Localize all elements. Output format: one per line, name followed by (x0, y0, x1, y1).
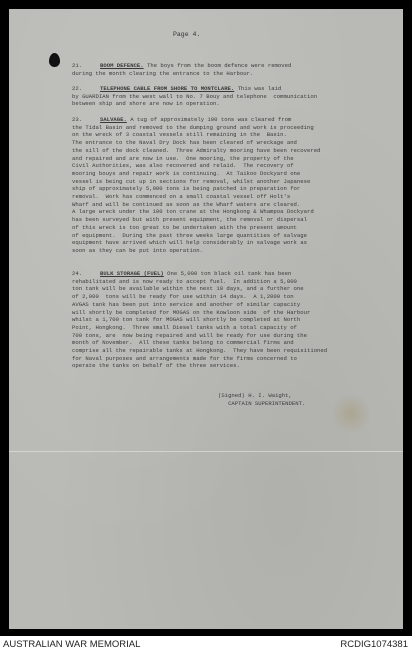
paragraph-number: 22. (72, 85, 100, 93)
paragraph-number: 24. (72, 270, 100, 278)
paragraph-line: for Naval purposes and arrangements made… (72, 355, 297, 362)
paragraph-line: The boys from the boom defence were remo… (144, 62, 292, 69)
paragraph-line: One 5,000 ton black oil tank has been (164, 270, 292, 277)
paragraph-line: removal. Work has commenced on a small c… (72, 193, 290, 200)
paper-fold (9, 451, 403, 452)
paragraph-line: during the month clearing the entrance t… (72, 70, 253, 77)
paper-stain (331, 394, 371, 434)
paragraph-21: 21.BOOM DEFENCE. The boys from the boom … (72, 62, 372, 77)
paragraph-line: soon as they can be put into operation. (72, 247, 203, 254)
paragraph-line: The entrance to the Naval Dry Dock has b… (72, 139, 297, 146)
paragraph-23: 23.SALVAGE. A tug of approximately 100 t… (72, 116, 372, 255)
paragraph-line: ton tank will be available within the ne… (72, 285, 304, 292)
paragraph-line: whilst a 1,700 ton tank for MOGAS will s… (72, 316, 300, 323)
signature-name: (Signed) H. I. Waight, (218, 392, 292, 399)
paragraph-line: operate the tanks on behalf of the three… (72, 362, 240, 369)
paragraph-line: the Tidal Basin and removed to the dumpi… (72, 124, 314, 131)
paragraph-line: 700 tons, are now being repaired and wil… (72, 332, 307, 339)
paragraph-line: Wharf and will be continued as soon as t… (72, 201, 300, 208)
paragraph-line: will shortly be completed for MOGAS on t… (72, 309, 310, 316)
paragraph-line: of equipment. During the past three week… (72, 232, 307, 239)
paragraph-22: 22.TELEPHONE CABLE FROM SHORE TO MONTCLA… (72, 85, 372, 108)
signature-block: (Signed) H. I. Waight, CAPTAIN SUPERINTE… (218, 392, 305, 407)
paragraph-number: 23. (72, 116, 100, 124)
paragraph-line: and repaired and are now in use. One moo… (72, 155, 294, 162)
page-label: Page 4. (173, 31, 200, 38)
paragraph-line: has been surveyed but with present equip… (72, 216, 307, 223)
paragraph-heading: BOOM DEFENCE. (100, 62, 144, 69)
paragraph-line: vessel is being cut up in sections for r… (72, 178, 310, 185)
paragraph-line: Civil Authorities, was also recovered an… (72, 162, 294, 169)
paragraph-line: the sill of the dock cleaned. Three Admi… (72, 147, 320, 154)
paragraph-number: 21. (72, 62, 100, 70)
paragraph-line: A tug of approximately 100 tons was clea… (127, 116, 291, 123)
paragraph-line: This was laid (234, 85, 281, 92)
paragraph-line: equipment have arrived which will help c… (72, 239, 307, 246)
paragraph-heading: TELEPHONE CABLE FROM SHORE TO MONTCLARE. (100, 85, 234, 92)
paragraph-line: A large wreck under the 100 ton crane at… (72, 208, 314, 215)
paragraph-line: on the wreck of 3 coastal vessels still … (72, 131, 287, 138)
archive-record-id: RCDIG1074381 (340, 639, 408, 650)
paragraph-line: by GUARDIAN from the west wall to No. 7 … (72, 93, 317, 100)
paragraph-line: rehabilitated and is now ready to accept… (72, 278, 297, 285)
paragraph-line: ship of approximately 5,000 tons is bein… (72, 185, 300, 192)
paragraph-line: of 2,000 tons will be ready for use with… (72, 293, 294, 300)
paragraph-line: of this wreck is too great to be underta… (72, 224, 297, 231)
paragraph-line: between ship and shore are now in operat… (72, 100, 220, 107)
archive-name: AUSTRALIAN WAR MEMORIAL (3, 639, 140, 650)
punch-hole-icon (49, 53, 60, 67)
paragraph-line: mooring bouys and repair work is continu… (72, 170, 300, 177)
paragraph-line: month of November. All these tanks belon… (72, 339, 294, 346)
signature-title: CAPTAIN SUPERINTENDENT. (218, 400, 305, 407)
paragraph-line: AVGAS tank has been put into service and… (72, 301, 300, 308)
paragraph-line: comprise all the repairable tanks at Hon… (72, 347, 327, 354)
paragraph-heading: SALVAGE. (100, 116, 127, 123)
paragraph-24: 24.BULK STORAGE (FUEL) One 5,000 ton bla… (72, 270, 372, 370)
paragraph-heading: BULK STORAGE (FUEL) (100, 270, 164, 277)
archive-footer: AUSTRALIAN WAR MEMORIAL RCDIG1074381 (0, 636, 412, 653)
paragraph-line: Point, Hongkong. Three small Diesel tank… (72, 324, 297, 331)
